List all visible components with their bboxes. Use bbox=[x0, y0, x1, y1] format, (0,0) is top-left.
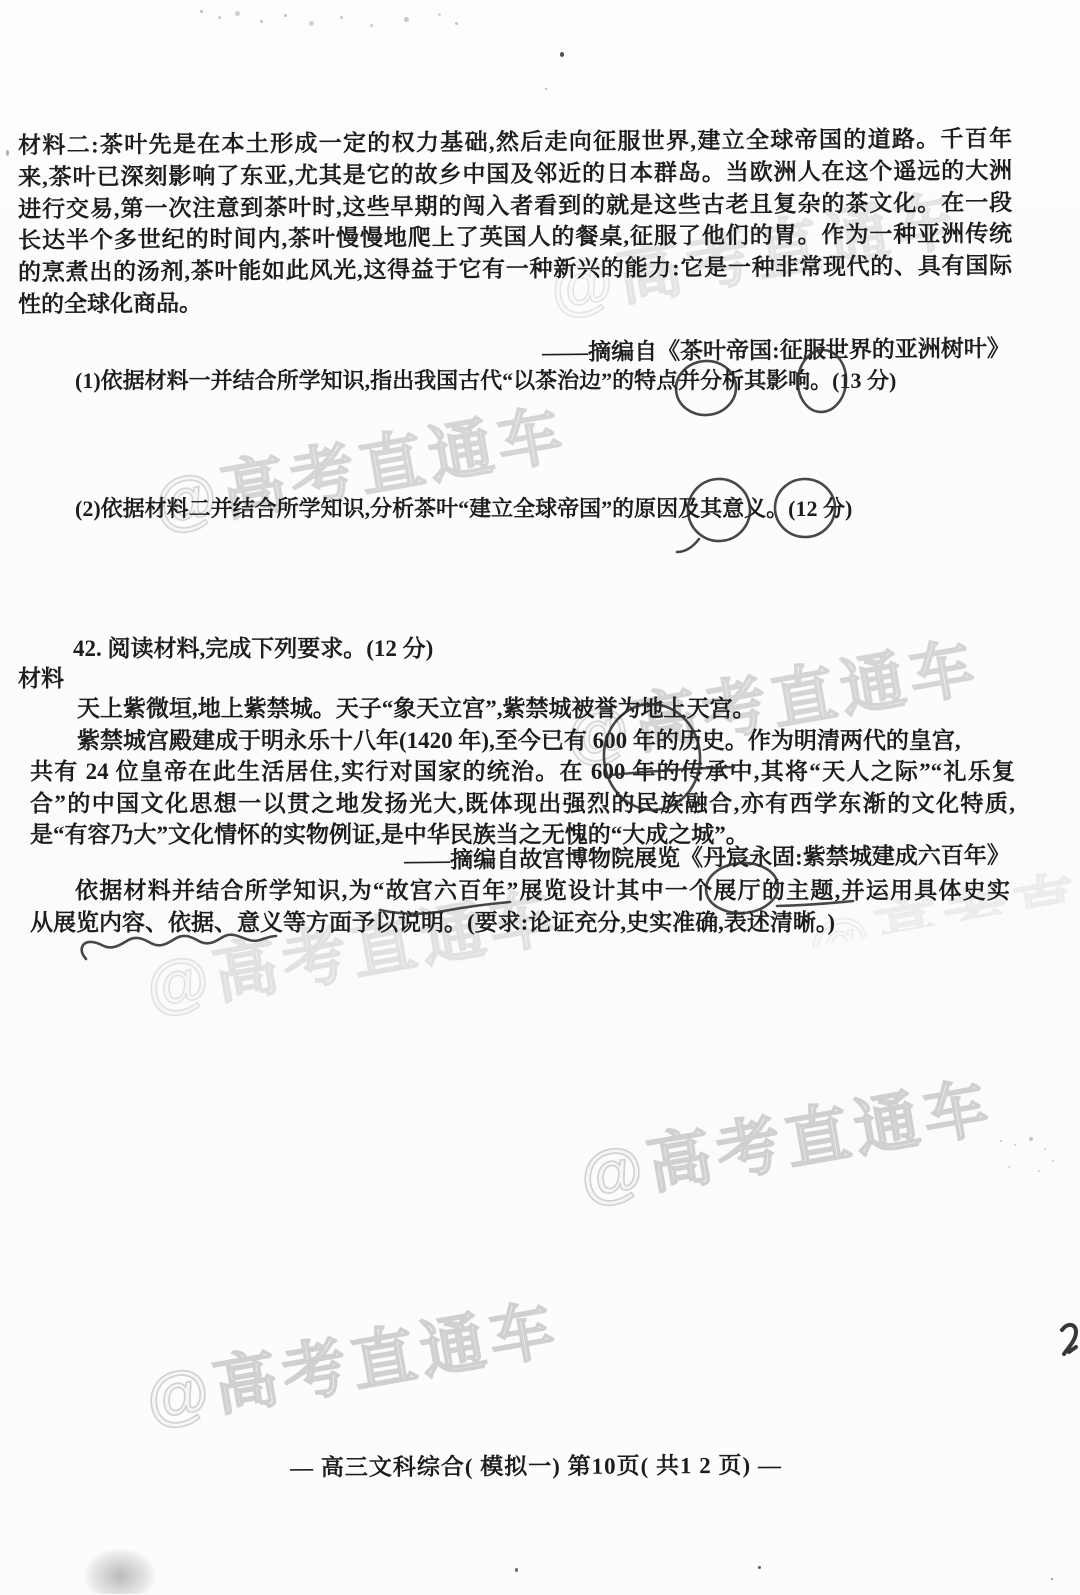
source-citation-1: ——摘编自《茶叶帝国:征服世界的亚洲树叶》 bbox=[542, 334, 1010, 368]
question-1: (1)依据材料一并结合所学知识,指出我国古代“以茶治边”的特点并分析其影响。(1… bbox=[75, 366, 896, 396]
q42-task-line: 依据材料并结合所学知识,为“故宫六百年”展览设计其中一个展厅的主题,并运用具体史… bbox=[75, 876, 1010, 906]
material2-line: 性的全球化商品。 bbox=[18, 289, 202, 320]
scan-dot bbox=[545, 88, 547, 90]
q42-material-line: 天上紫微垣,地上紫禁城。天子“象天立宫”,紫禁城被誉为地上天宫。 bbox=[77, 694, 756, 724]
scan-speckles-right bbox=[1000, 1140, 1002, 1142]
page-footer: — 高三文科综合( 模拟一) 第10页( 共1 2 页) — bbox=[196, 1450, 876, 1484]
q42-material-line: 共有 24 位皇帝在此生活居住,实行对国家的统治。在 600 年的传承中,其将“… bbox=[30, 757, 1015, 787]
scan-dot bbox=[6, 150, 9, 156]
q42-material-label: 材料 bbox=[18, 664, 64, 694]
question-2: (2)依据材料二并结合所学知识,分析茶叶“建立全球帝国”的原因及其意义。(12 … bbox=[75, 494, 852, 524]
scan-dot bbox=[758, 1566, 761, 1569]
scan-dot bbox=[515, 1568, 518, 1572]
scan-dot bbox=[1051, 1578, 1053, 1580]
q42-header: 42. 阅读材料,完成下列要求。(12 分) bbox=[73, 634, 433, 664]
scan-dot bbox=[560, 52, 564, 57]
pen-wavy-underline bbox=[82, 935, 276, 959]
watermark: @高考直通车 bbox=[138, 1277, 566, 1440]
material2-line: 材料二:茶叶先是在本土形成一定的权力基础,然后走向征服世界,建立全球帝国的道路。… bbox=[18, 124, 1012, 161]
edge-ink-mark bbox=[1062, 1325, 1076, 1354]
material2-line: 的烹煮出的汤剂,茶叶能如此风光,这得益于它有一种新兴的能力:它是一种非常现代的、… bbox=[18, 251, 1012, 288]
scan-speckles-top bbox=[200, 10, 203, 13]
q42-material-line: 合”的中国文化思想一以贯之地发扬光大,既体现出强烈的民族融合,亦有西学东渐的文化… bbox=[30, 789, 1015, 819]
material2-line: 长达半个多世纪的时间内,茶叶慢慢地爬上了英国人的餐桌,征服了他们的胃。作为一种亚… bbox=[18, 219, 1012, 256]
pen-tail bbox=[677, 539, 699, 552]
scan-smudge-bottom bbox=[76, 1542, 156, 1594]
source-citation-2: ——摘编自故宫博物院展览《丹宸永固:紫禁城建成六百年》 bbox=[404, 841, 1010, 876]
q42-task-line: 从展览内容、依据、意义等方面予以说明。(要求:论证充分,史实准确,表述清晰。) bbox=[30, 908, 835, 938]
q42-material-line: 紫禁城宫殿建成于明永乐十八年(1420 年),至今已有 600 年的历史。作为明… bbox=[77, 726, 961, 756]
material2-line: 来,茶叶已深刻影响了东亚,尤其是它的故乡中国及邻近的日本群岛。当欧洲人在这个遥远… bbox=[18, 156, 1012, 193]
watermark: @高考直通车 bbox=[572, 1055, 1000, 1218]
exam-scan-page: @高考直通车 @高考直通车 @高考直通车 @高考直通车 @高考直通车 @高考直通… bbox=[0, 0, 1080, 1595]
